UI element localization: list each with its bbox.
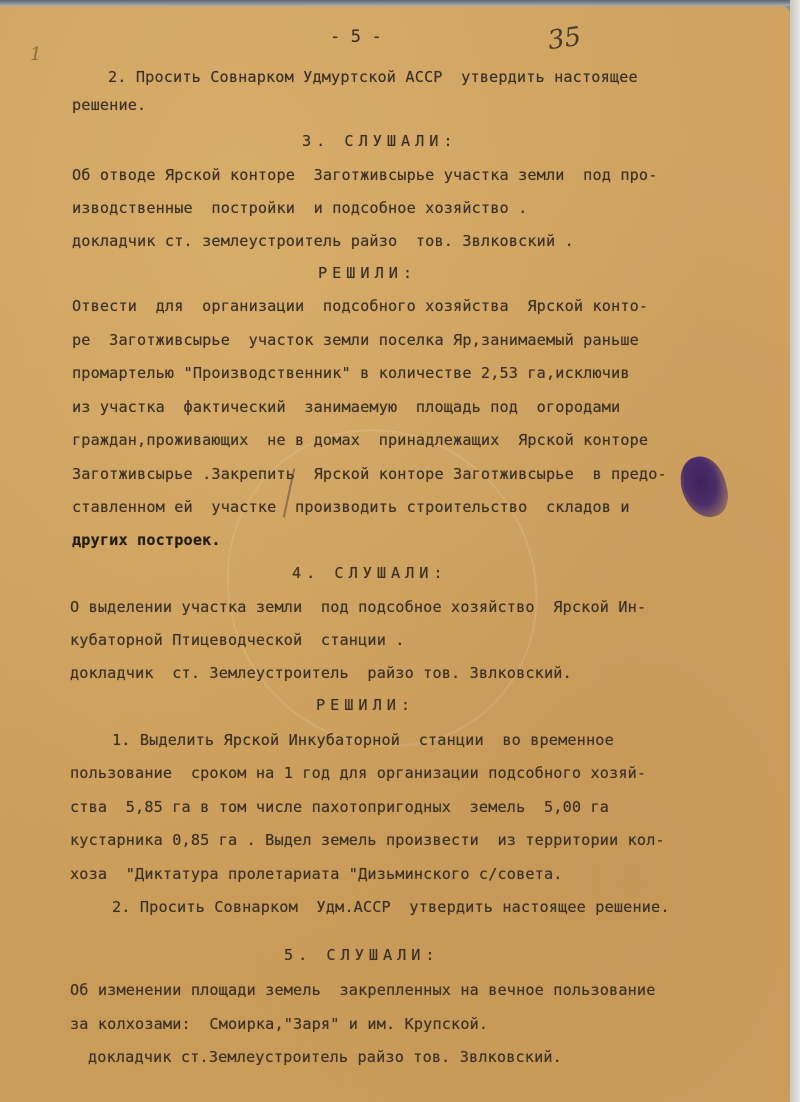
doc-line: О выделении участка земли под подсобное … — [70, 598, 646, 616]
doc-line: 1. Выделить Ярской Инкубаторной станции … — [112, 731, 614, 749]
doc-line: хоза "Диктатура пролетариата "Дизьминско… — [70, 865, 563, 883]
doc-line: кустарника 0,85 га . Выдел земель произв… — [70, 831, 665, 849]
section-heading-4-heard: 4. СЛУШАЛИ: — [292, 564, 448, 582]
section-heading-resolved: РЕШИЛИ: — [318, 264, 417, 282]
scan-frame-right — [790, 0, 800, 1102]
doc-line: изводственные постройки и подсобное хозя… — [72, 199, 527, 217]
doc-line: Об изменении площади земель закрепленных… — [70, 981, 656, 999]
doc-line: кубаторной Птицеводческой станции . — [70, 631, 405, 649]
doc-line: решение. — [72, 96, 146, 114]
doc-line: ства 5,85 га в том числе пахотопригодных… — [70, 798, 609, 816]
doc-line: 2. Просить Совнарком Удм.АССР утвердить … — [112, 898, 670, 916]
doc-line: Отвести для организации подсобного хозяй… — [72, 297, 648, 315]
speaker-line: докладчик ст.Землеустроитель райзо тов. … — [88, 1048, 562, 1066]
doc-line: граждан,проживающих не в домах принадлеж… — [72, 431, 648, 449]
speaker-line: докладчик ст. Землеустроитель райзо тов.… — [70, 664, 572, 682]
ink-stain — [675, 451, 734, 522]
doc-line: других построек. — [72, 531, 221, 549]
doc-line: из участка фактический занимаемую площад… — [72, 398, 620, 416]
doc-line: за колхозами: Смоирка,"Заря" и им. Крупс… — [70, 1015, 488, 1033]
doc-line: промартелью "Производственник" в количес… — [72, 364, 630, 382]
doc-line: 2. Просить Совнарком Удмуртской АССР утв… — [108, 68, 638, 86]
margin-mark: 1 — [30, 44, 41, 65]
doc-line: Заготживсырье .Закрепить Ярской конторе … — [72, 465, 667, 483]
doc-line: ставленном ей участке производить строит… — [72, 498, 630, 516]
section-heading-3-heard: 3. СЛУШАЛИ: — [302, 132, 458, 150]
section-heading-resolved: РЕШИЛИ: — [316, 696, 415, 714]
speaker-line: докладчик ст. землеустроитель райзо тов.… — [72, 232, 574, 250]
page-number: - 5 - — [330, 28, 382, 46]
doc-line: Об отводе Ярской конторе Заготживсырье у… — [72, 166, 658, 184]
document-page: 1 - 5 - 35 2. Просить Совнарком Удмуртск… — [0, 6, 790, 1102]
section-heading-5-heard: 5. СЛУШАЛИ: — [284, 946, 440, 964]
doc-line: пользование сроком на 1 год для организа… — [70, 764, 646, 782]
doc-line: ре Заготживсырье участок земли поселка Я… — [72, 331, 639, 349]
handwritten-folio-number: 35 — [546, 22, 583, 56]
